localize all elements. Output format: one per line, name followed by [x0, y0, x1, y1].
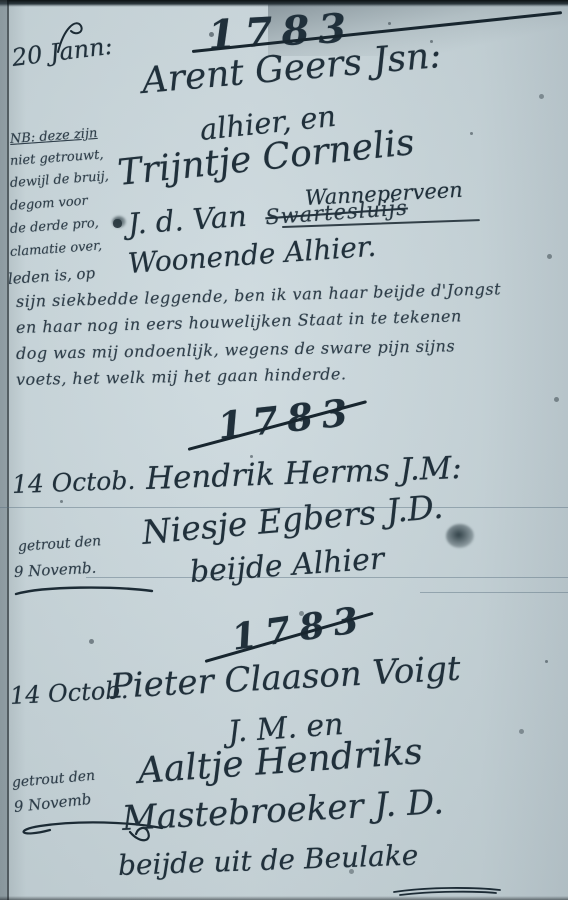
underline-flourish-icon	[14, 584, 154, 598]
ruled-line	[420, 592, 568, 593]
paper-speckles	[0, 0, 3, 3]
register-page-scan: 20 Jann: 1783 Arent Geers Jsn: alhier, e…	[0, 0, 568, 900]
scan-margin-left	[0, 0, 7, 900]
scan-edge-top	[0, 0, 568, 7]
ink-blot	[112, 216, 126, 228]
underline-flourish-icon	[392, 886, 502, 896]
entry2-date: 14 Octob.	[12, 468, 136, 497]
entry2-margin-date: 9 Novemb.	[14, 561, 97, 580]
ink-blot	[446, 524, 474, 548]
scan-edge-bottom	[0, 896, 568, 900]
